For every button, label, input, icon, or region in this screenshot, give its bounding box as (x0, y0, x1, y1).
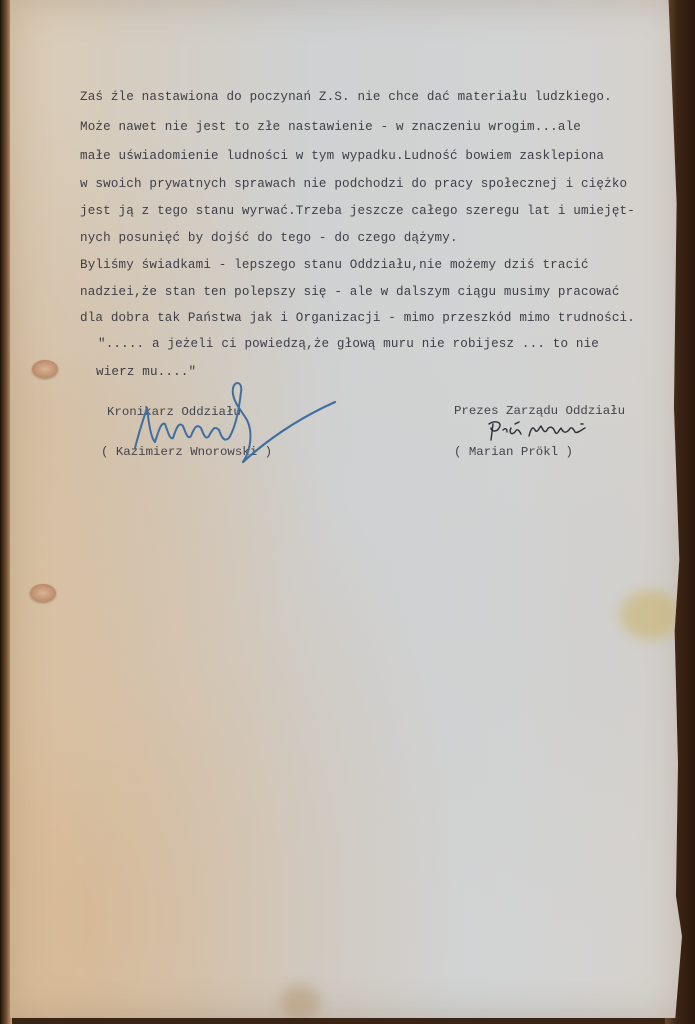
chronicler-signature (125, 380, 345, 470)
body-line: małe uświadomienie ludności w tym wypadk… (80, 150, 604, 163)
president-signature (485, 418, 615, 444)
quote-line: wierz mu...." (96, 366, 196, 379)
president-name: ( Marian Prökl ) (454, 445, 573, 459)
body-line: Zaś źle nastawiona do poczynań Z.S. nie … (80, 91, 612, 104)
body-line: Może nawet nie jest to złe nastawienie -… (80, 121, 581, 134)
body-line: Byliśmy świadkami - lepszego stanu Oddzi… (80, 259, 589, 272)
document-page: Zaś źle nastawiona do poczynań Z.S. nie … (10, 0, 682, 1018)
body-line: w swoich prywatnych sprawach nie podchod… (80, 178, 627, 191)
president-title: Prezes Zarządu Oddziału (454, 404, 625, 418)
body-line: nych posunięć by dojść do tego - do czeg… (80, 232, 458, 245)
body-line: nadziei,że stan ten polepszy się - ale w… (80, 286, 620, 299)
water-stain (620, 590, 680, 640)
water-stain (280, 985, 320, 1020)
body-line: dla dobra tak Państwa jak i Organizacji … (80, 312, 635, 325)
punch-hole (32, 360, 58, 378)
punch-hole (30, 584, 56, 602)
body-line: jest ją z tego stanu wyrwać.Trzeba jeszc… (80, 205, 635, 218)
quote-line: "..... a jeżeli ci powiedzą,że głową mur… (98, 338, 599, 351)
